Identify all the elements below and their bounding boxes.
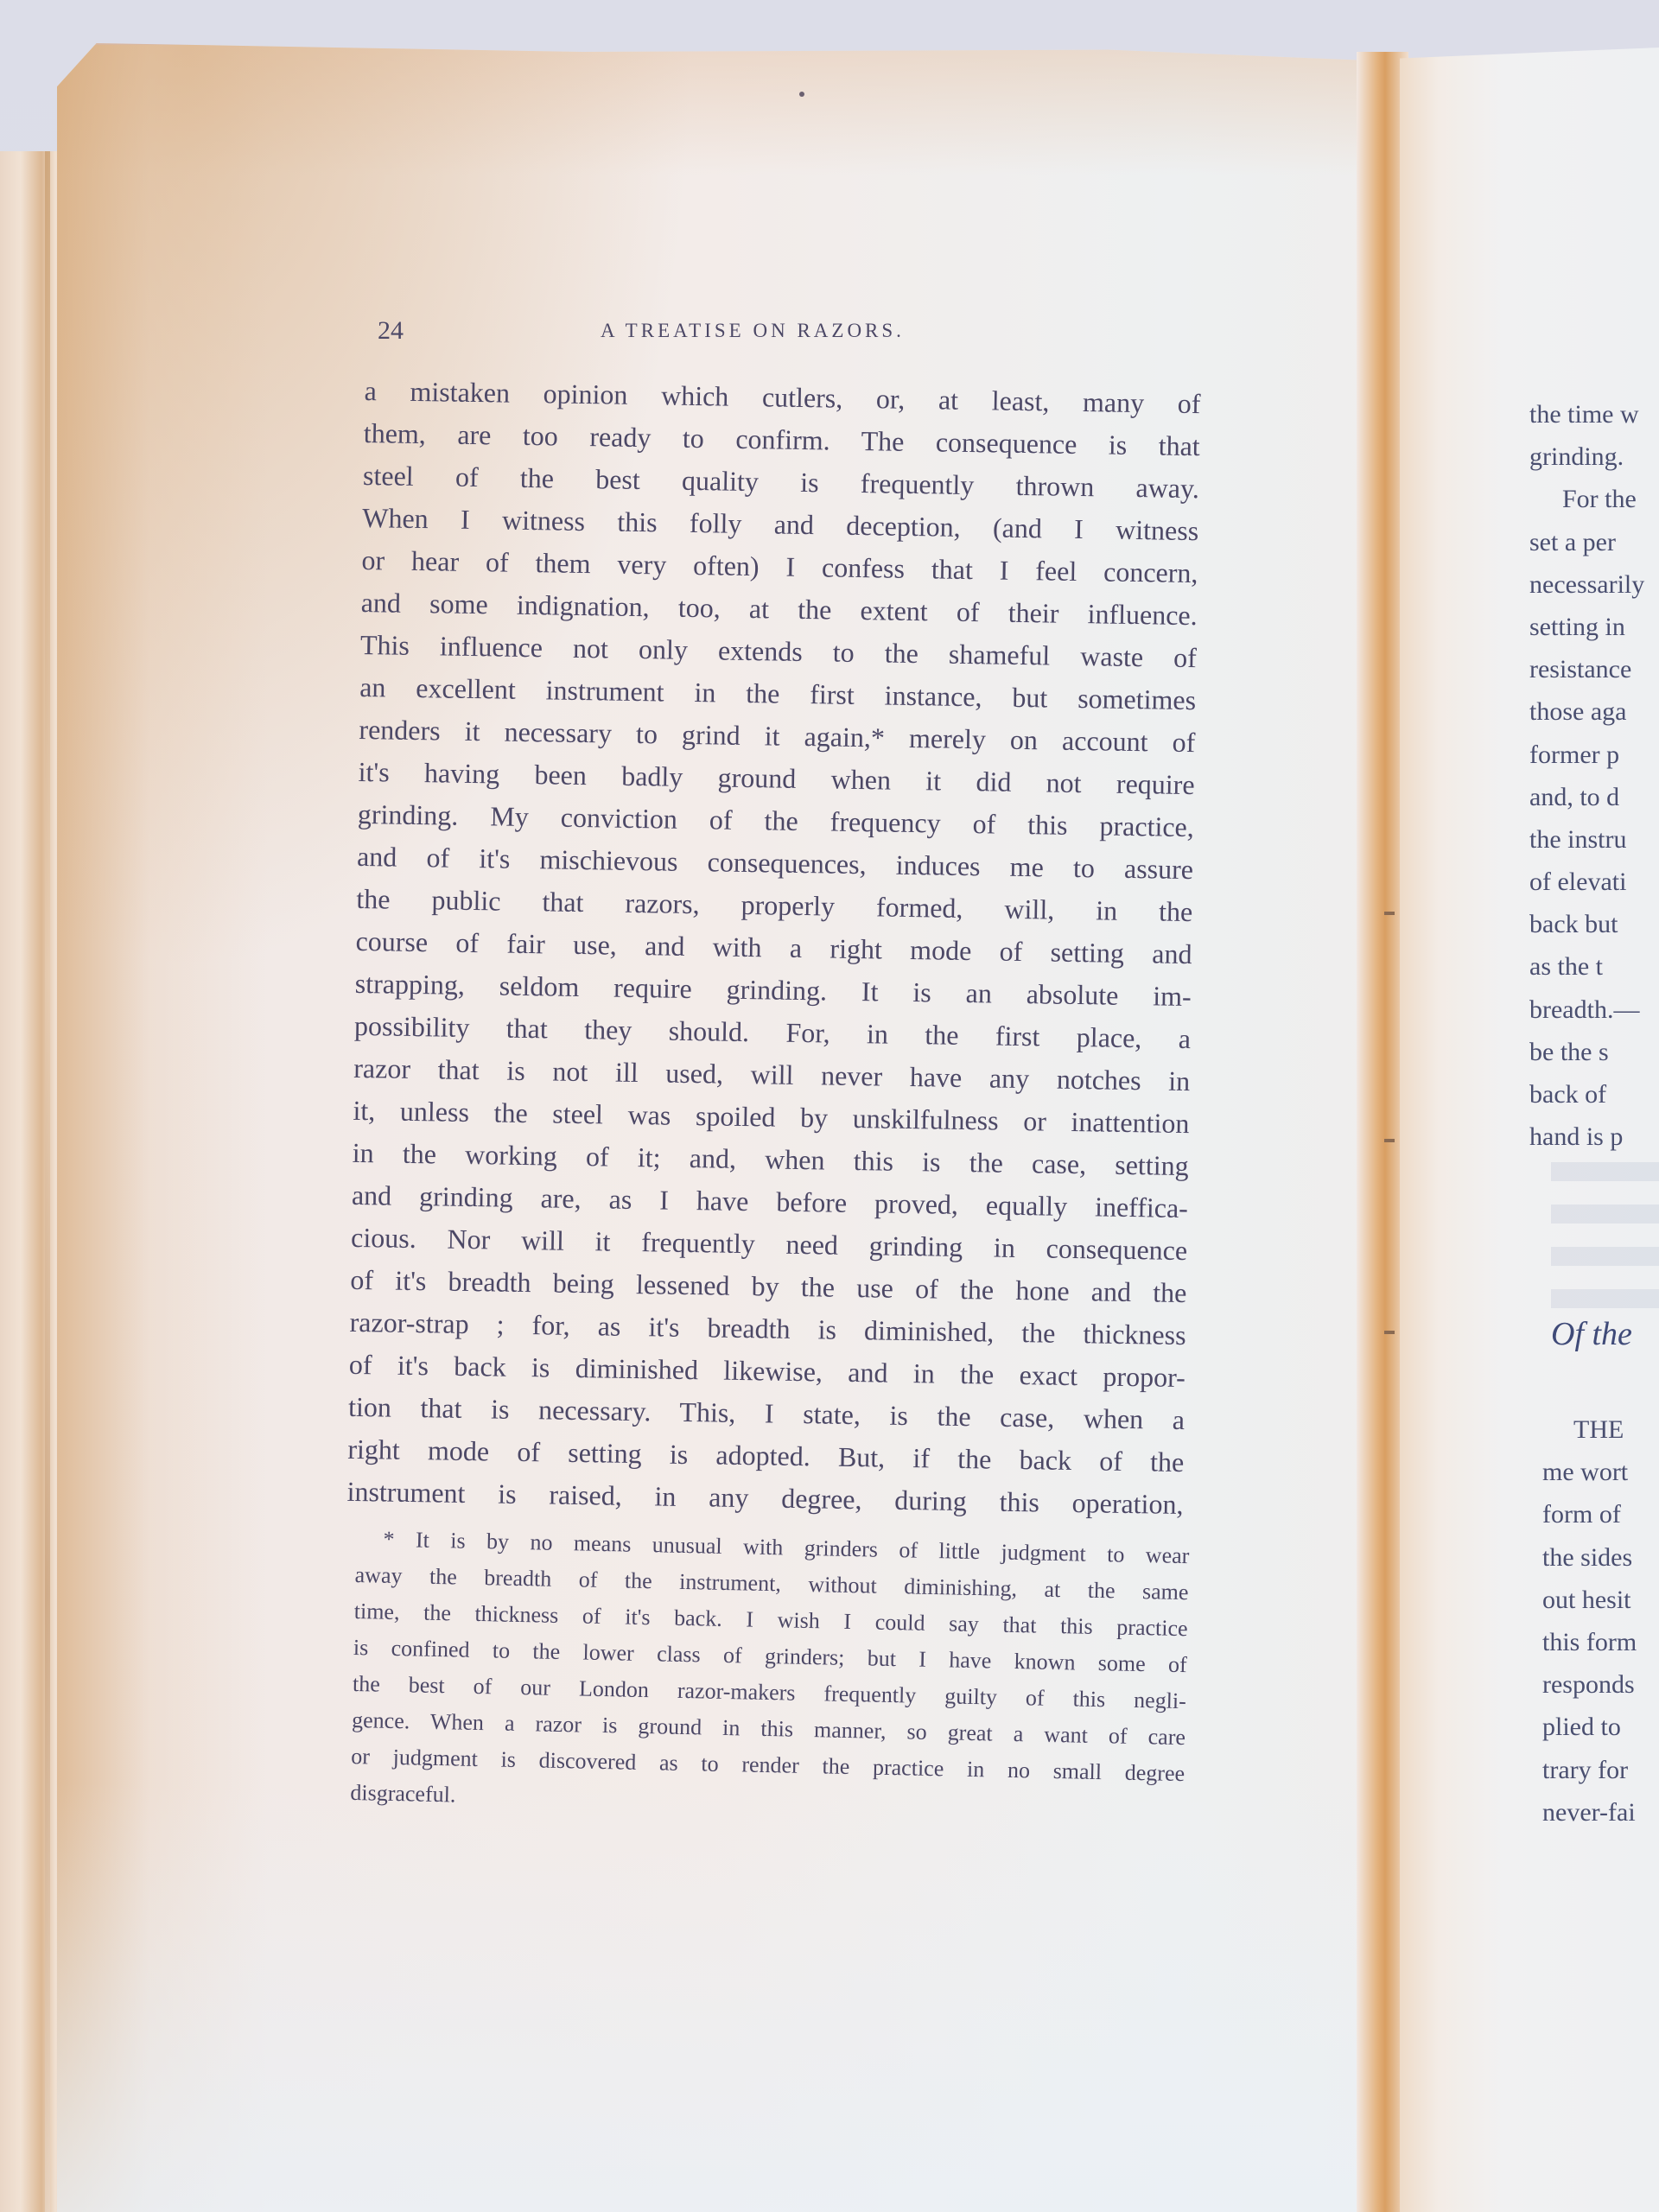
binding-thread	[1384, 912, 1395, 915]
text-line: of elevati	[1529, 861, 1659, 903]
text-line: back but	[1529, 903, 1659, 945]
text-line: the instru	[1529, 818, 1659, 861]
text-line: back of	[1529, 1073, 1659, 1116]
text-line: and, to d	[1529, 776, 1659, 818]
right-page-text-lower: THE me wort form of the sides out hesit …	[1542, 1408, 1637, 1834]
text-line: resistance	[1529, 648, 1659, 690]
text-line: never-fai	[1542, 1791, 1637, 1834]
book-title: A TREATISE ON RAZORS.	[601, 320, 905, 342]
text-line: be the s	[1529, 1031, 1659, 1073]
text-line: necessarily	[1529, 563, 1659, 606]
text-line: hand is p	[1529, 1116, 1659, 1158]
text-line: form of	[1542, 1493, 1637, 1535]
page-lighting	[57, 1782, 1370, 2212]
text-line: the sides	[1542, 1536, 1637, 1579]
binding-thread	[1384, 1331, 1395, 1334]
footnote: * It is by no means unusual with grinder…	[350, 1521, 1190, 1828]
show-through-text	[1551, 1162, 1659, 1309]
text-line: For the	[1529, 478, 1659, 520]
text-line: trary for	[1542, 1749, 1637, 1791]
page-number: 24	[378, 316, 404, 346]
text-line: responds	[1542, 1663, 1637, 1706]
text-line: plied to	[1542, 1706, 1637, 1748]
text-line: setting in	[1529, 606, 1659, 648]
text-line: out hesit	[1542, 1579, 1637, 1621]
running-head: 24 A TREATISE ON RAZORS.	[378, 316, 982, 351]
text-line: as the t	[1529, 945, 1659, 988]
text-line: this form	[1542, 1621, 1637, 1663]
text-line: set a per	[1529, 521, 1659, 563]
text-line: the time w	[1529, 393, 1659, 435]
text-line: those aga	[1529, 690, 1659, 733]
text-line: former p	[1529, 734, 1659, 776]
section-heading: Of the	[1551, 1315, 1632, 1353]
text-line: THE	[1542, 1408, 1637, 1451]
text-line: me wort	[1542, 1451, 1637, 1493]
binding-thread	[1384, 1139, 1395, 1142]
text-line: grinding.	[1529, 435, 1659, 478]
text-line: breadth.—	[1529, 988, 1659, 1031]
paper-speck	[799, 92, 804, 97]
right-page-text: the time w grinding. For the set a per n…	[1529, 393, 1659, 1158]
body-text: a mistaken opinion which cutlers, or, at…	[346, 370, 1201, 1526]
